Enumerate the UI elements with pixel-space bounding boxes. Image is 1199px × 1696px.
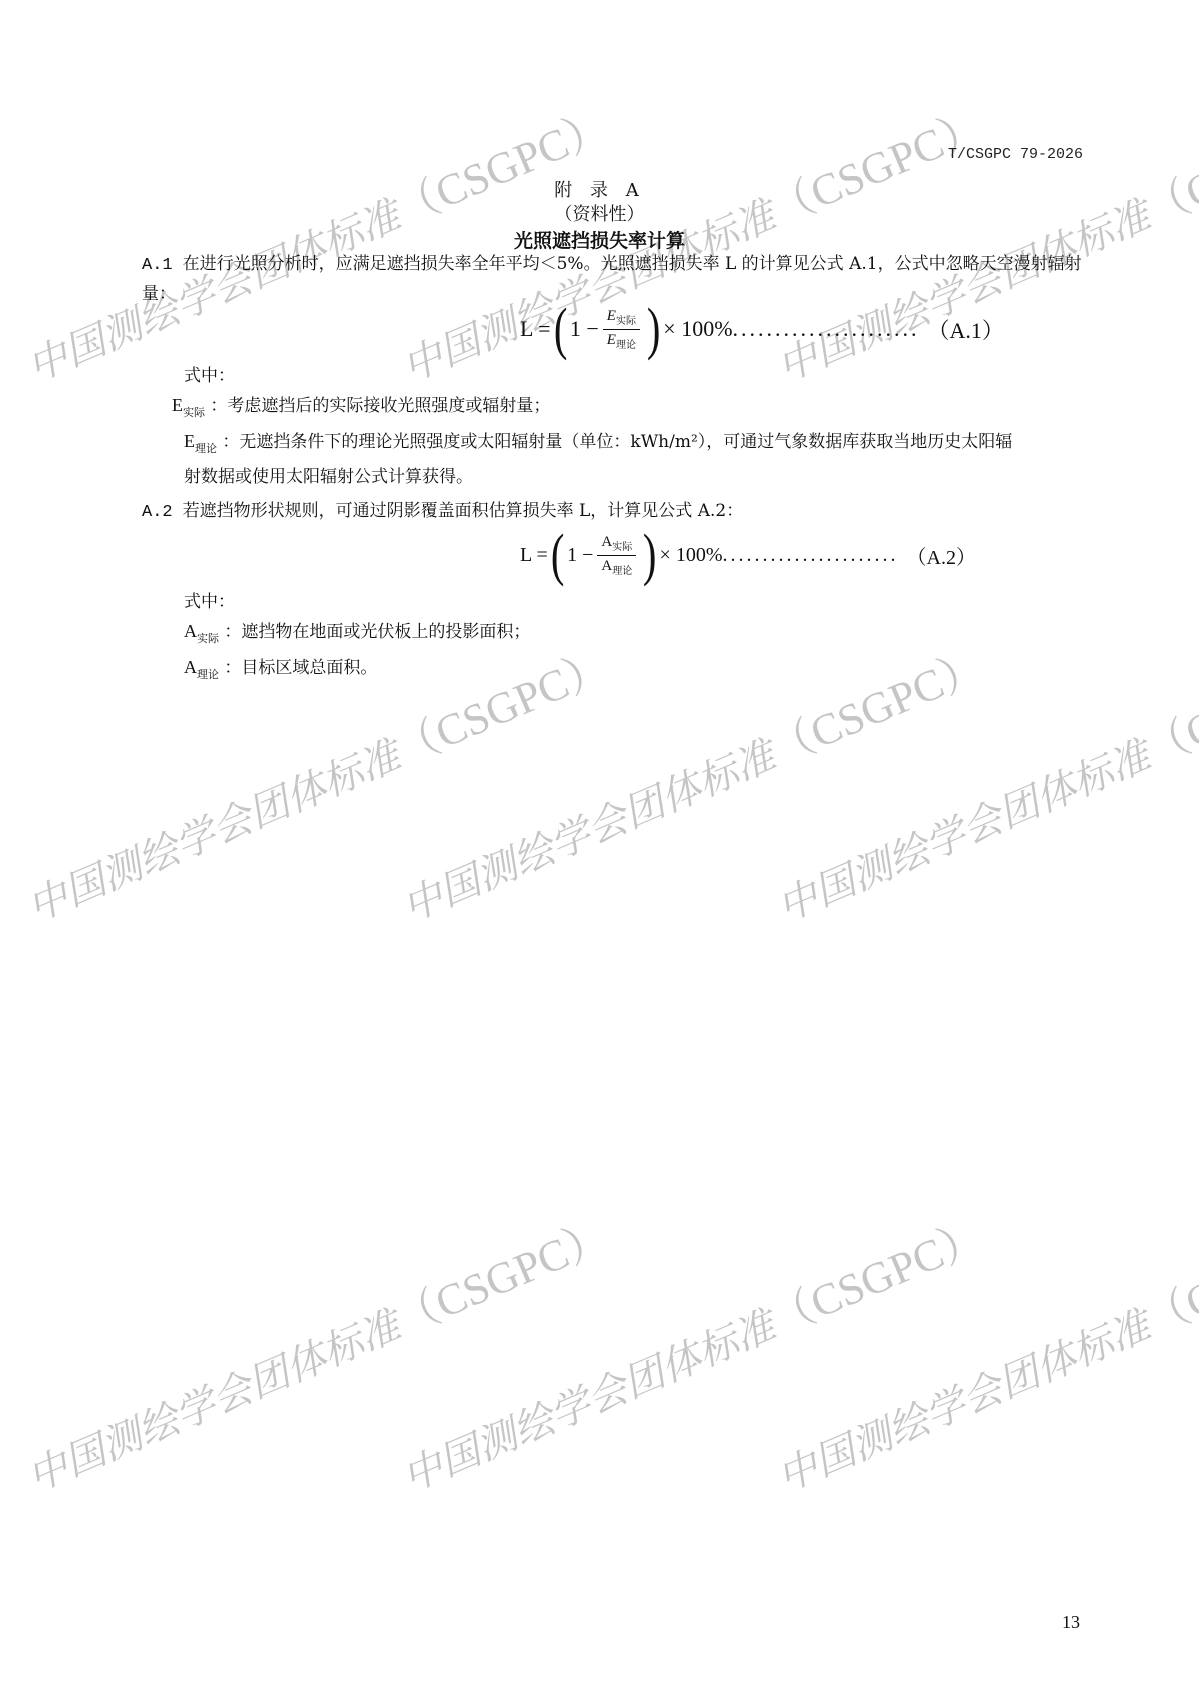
denominator-symbol: A bbox=[601, 558, 612, 574]
section-body: 在进行光照分析时，应满足遮挡损失率全年平均＜5%。光照遮挡损失率 L 的计算见公… bbox=[142, 254, 1082, 304]
formula-times: × 100% bbox=[660, 544, 723, 567]
left-paren: ( bbox=[553, 300, 567, 358]
formula-a2: L = ( 1 − A实际 A理论 ) × 100% .............… bbox=[520, 526, 976, 584]
numerator-symbol: A bbox=[601, 534, 612, 550]
section-a2-text: A.2若遮挡物形状规则，可通过阴影覆盖面积估算损失率 L，计算见公式 A.2： bbox=[142, 497, 1082, 527]
formula-a1: L = ( 1 − E实际 E理论 ) × 100% .............… bbox=[520, 300, 1004, 358]
where-block-a1: 式中： E实际 ：考虑遮挡后的实际接收光照强度或辐射量； E理论 ：无遮挡条件下… bbox=[184, 362, 1014, 492]
section-body: 若遮挡物形状规则，可通过阴影覆盖面积估算损失率 L，计算见公式 A.2： bbox=[183, 501, 744, 521]
appendix-subtitle: （资料性） bbox=[0, 200, 1199, 226]
definition-item: E理论 ：无遮挡条件下的理论光照强度或太阳辐射量（单位：kWh/m²），可通过气… bbox=[184, 427, 1014, 492]
fraction: E实际 E理论 bbox=[603, 308, 640, 351]
leader-dots: ...................... bbox=[723, 544, 899, 567]
page-number: 13 bbox=[1062, 1612, 1080, 1633]
watermark: 中国测绘学会团体标准（CSGPC） bbox=[765, 630, 1199, 934]
right-paren: ) bbox=[643, 526, 657, 584]
equation-number: （A.1） bbox=[928, 314, 1004, 345]
denominator-symbol: E bbox=[607, 332, 616, 348]
definition-item: E实际 ：考虑遮挡后的实际接收光照强度或辐射量； bbox=[172, 391, 1014, 427]
formula-one-minus: 1 − bbox=[567, 544, 593, 567]
watermark: 中国测绘学会团体标准（CSGPC） bbox=[765, 1200, 1199, 1504]
appendix-title: 附 录 A bbox=[0, 176, 1199, 202]
where-label: 式中： bbox=[184, 362, 1014, 391]
formula-times: × 100% bbox=[663, 316, 732, 342]
leader-dots: ...................... bbox=[733, 316, 920, 342]
where-block-a2: 式中： A实际 ：遮挡物在地面或光伏板上的投影面积； A理论 ：目标区域总面积。 bbox=[184, 588, 530, 689]
formula-one-minus: 1 − bbox=[570, 316, 599, 342]
definition-item: A实际 ：遮挡物在地面或光伏板上的投影面积； bbox=[184, 617, 530, 653]
section-number: A.2 bbox=[142, 503, 173, 522]
denominator-sub: 理论 bbox=[612, 566, 632, 577]
where-label: 式中： bbox=[184, 588, 530, 617]
fraction: A实际 A理论 bbox=[597, 534, 636, 577]
formula-lhs: L = bbox=[520, 544, 548, 567]
numerator-symbol: E bbox=[607, 308, 616, 324]
watermark: 中国测绘学会团体标准（CSGPC） bbox=[390, 1200, 993, 1504]
right-paren: ) bbox=[647, 300, 661, 358]
watermark: 中国测绘学会团体标准（CSGPC） bbox=[15, 1200, 618, 1504]
numerator-sub: 实际 bbox=[616, 316, 636, 327]
section-number: A.1 bbox=[142, 256, 173, 275]
denominator-sub: 理论 bbox=[616, 340, 636, 351]
equation-number: （A.2） bbox=[907, 541, 976, 570]
appendix-heading: 光照遮挡损失率计算 bbox=[0, 226, 1199, 253]
standard-code: T/CSGPC 79-2026 bbox=[948, 146, 1083, 163]
definition-item: A理论 ：目标区域总面积。 bbox=[184, 653, 530, 689]
formula-lhs: L = bbox=[520, 316, 551, 342]
document-page: 中国测绘学会团体标准（CSGPC） 中国测绘学会团体标准（CSGPC） 中国测绘… bbox=[0, 0, 1199, 1696]
numerator-sub: 实际 bbox=[612, 542, 632, 553]
left-paren: ( bbox=[551, 526, 565, 584]
